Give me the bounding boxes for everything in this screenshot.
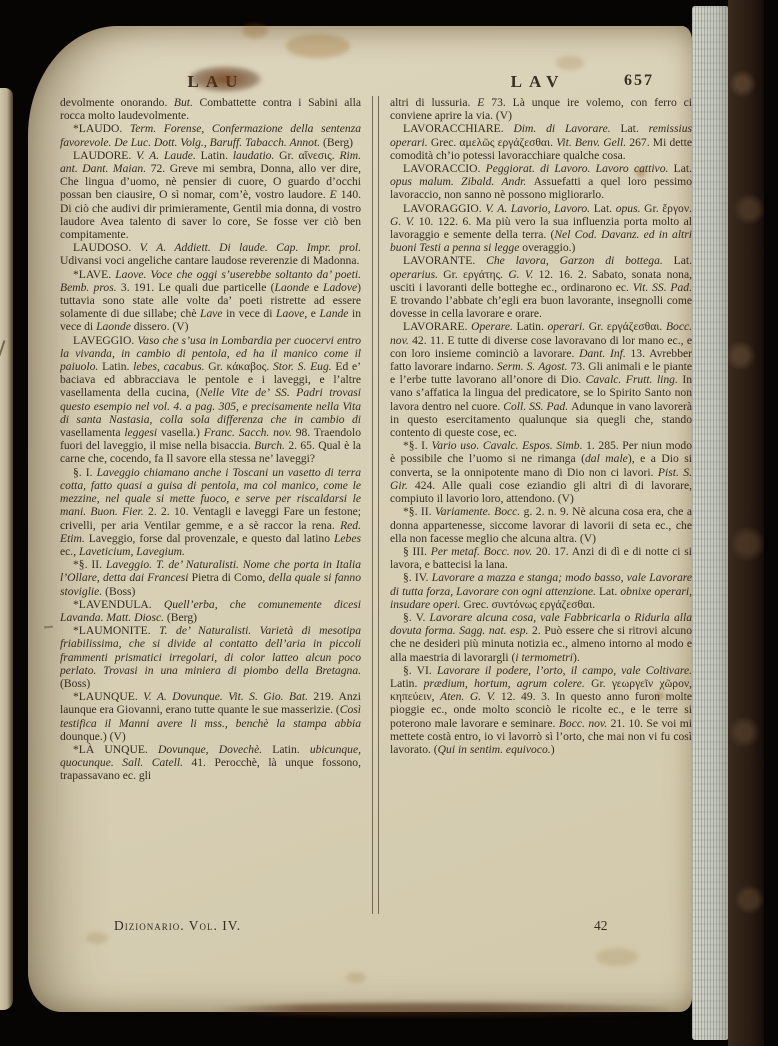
entry-paragraph: *LAUNQUE. V. A. Dovunque. Vit. S. Gio. B… [60,690,361,743]
foxing-stain [596,948,638,966]
entry-paragraph: LAVORACCIO. Peggiorat. di Lavoro. Lavoro… [390,162,692,202]
entry-paragraph: *§. II. Laveggio. T. de’ Naturalisti. No… [60,558,361,598]
running-head-right: LAV [468,72,608,92]
book-scan: LAU LAV 657 devolmente onorando. But. Co… [0,0,778,1046]
signature-mark: 42 [594,918,608,934]
foxing-stain [286,34,350,58]
entry-paragraph: LAVORACCHIARE. Dim. di Lavorare. Lat. re… [390,122,692,162]
dictionary-page: LAU LAV 657 devolmente onorando. But. Co… [28,26,692,1012]
foxing-stain [346,972,366,983]
entry-paragraph: §. V. Lavorare alcuna cosa, vale Fabbric… [390,611,692,664]
entry-paragraph: LAUDORE. V. A. Laude. Latin. laudatio. G… [60,149,361,241]
entry-paragraph: § III. Per metaf. Bocc. nov. 20. 17. Anz… [390,545,692,571]
page-stack-fore-edge [692,6,728,1040]
pencil-margin-mark [44,626,53,629]
foxing-stain [242,24,268,38]
smudge-bottom-edge [210,1003,670,1016]
right-column: altri di lussuria. E 73. Là unque ire vo… [390,96,692,920]
entry-paragraph: altri di lussuria. E 73. Là unque ire vo… [390,96,692,122]
entry-paragraph: LAVEGGIO. Vaso che s’usa in Lombardia pe… [60,334,361,466]
entry-paragraph: *LÀ UNQUE. Dovunque, Dovechè. Latin. ubi… [60,743,361,783]
entry-paragraph: §. I. Laveggio chiamano anche i Toscani … [60,466,361,558]
running-head: LAU LAV 657 [28,72,692,94]
entry-paragraph: *LAVENDULA. Quell’erba, che comunemente … [60,598,361,624]
foxing-stain [556,56,584,70]
burn-mark-top-edge [188,66,262,92]
entry-paragraph: *§. I. Vario uso. Cavalc. Espos. Simb. 1… [390,439,692,505]
entry-paragraph: §. IV. Lavorare a mazza e stanga; modo b… [390,571,692,611]
column-divider-rule [372,96,379,914]
entry-paragraph: devolmente onorando. But. Combattette co… [60,96,361,122]
facing-page-edge [0,88,13,1010]
page-footer: Dizionario. Vol. IV. 42 [28,918,692,938]
left-column: devolmente onorando. But. Combattette co… [60,96,361,920]
entry-paragraph: LAUDOSO. V. A. Addiett. Di laude. Cap. I… [60,241,361,267]
entry-paragraph: LAVORARE. Operare. Latin. operari. Gr. ε… [390,320,692,439]
entry-paragraph: LAVORAGGIO. V. A. Lavorio, Lavoro. Lat. … [390,202,692,255]
entry-paragraph: *LAVE. Laove. Voce che oggi s’userebbe s… [60,268,361,334]
text-columns: devolmente onorando. But. Combattette co… [60,96,692,920]
page-number: 657 [624,72,654,90]
volume-label: Dizionario. Vol. IV. [114,918,241,934]
book-cover-edge [728,0,764,1046]
entry-paragraph: *§. II. Variamente. Bocc. g. 2. n. 9. Nè… [390,505,692,545]
entry-paragraph: §. VI. Lavorare il podere, l’orto, il ca… [390,664,692,756]
entry-paragraph: *LAUMONITE. T. de’ Naturalisti. Varietà … [60,624,361,690]
entry-paragraph: *LAUDO. Term. Forense, Confermazione del… [60,122,361,148]
entry-paragraph: LAVORANTE. Che lavora, Garzon di bottega… [390,254,692,320]
